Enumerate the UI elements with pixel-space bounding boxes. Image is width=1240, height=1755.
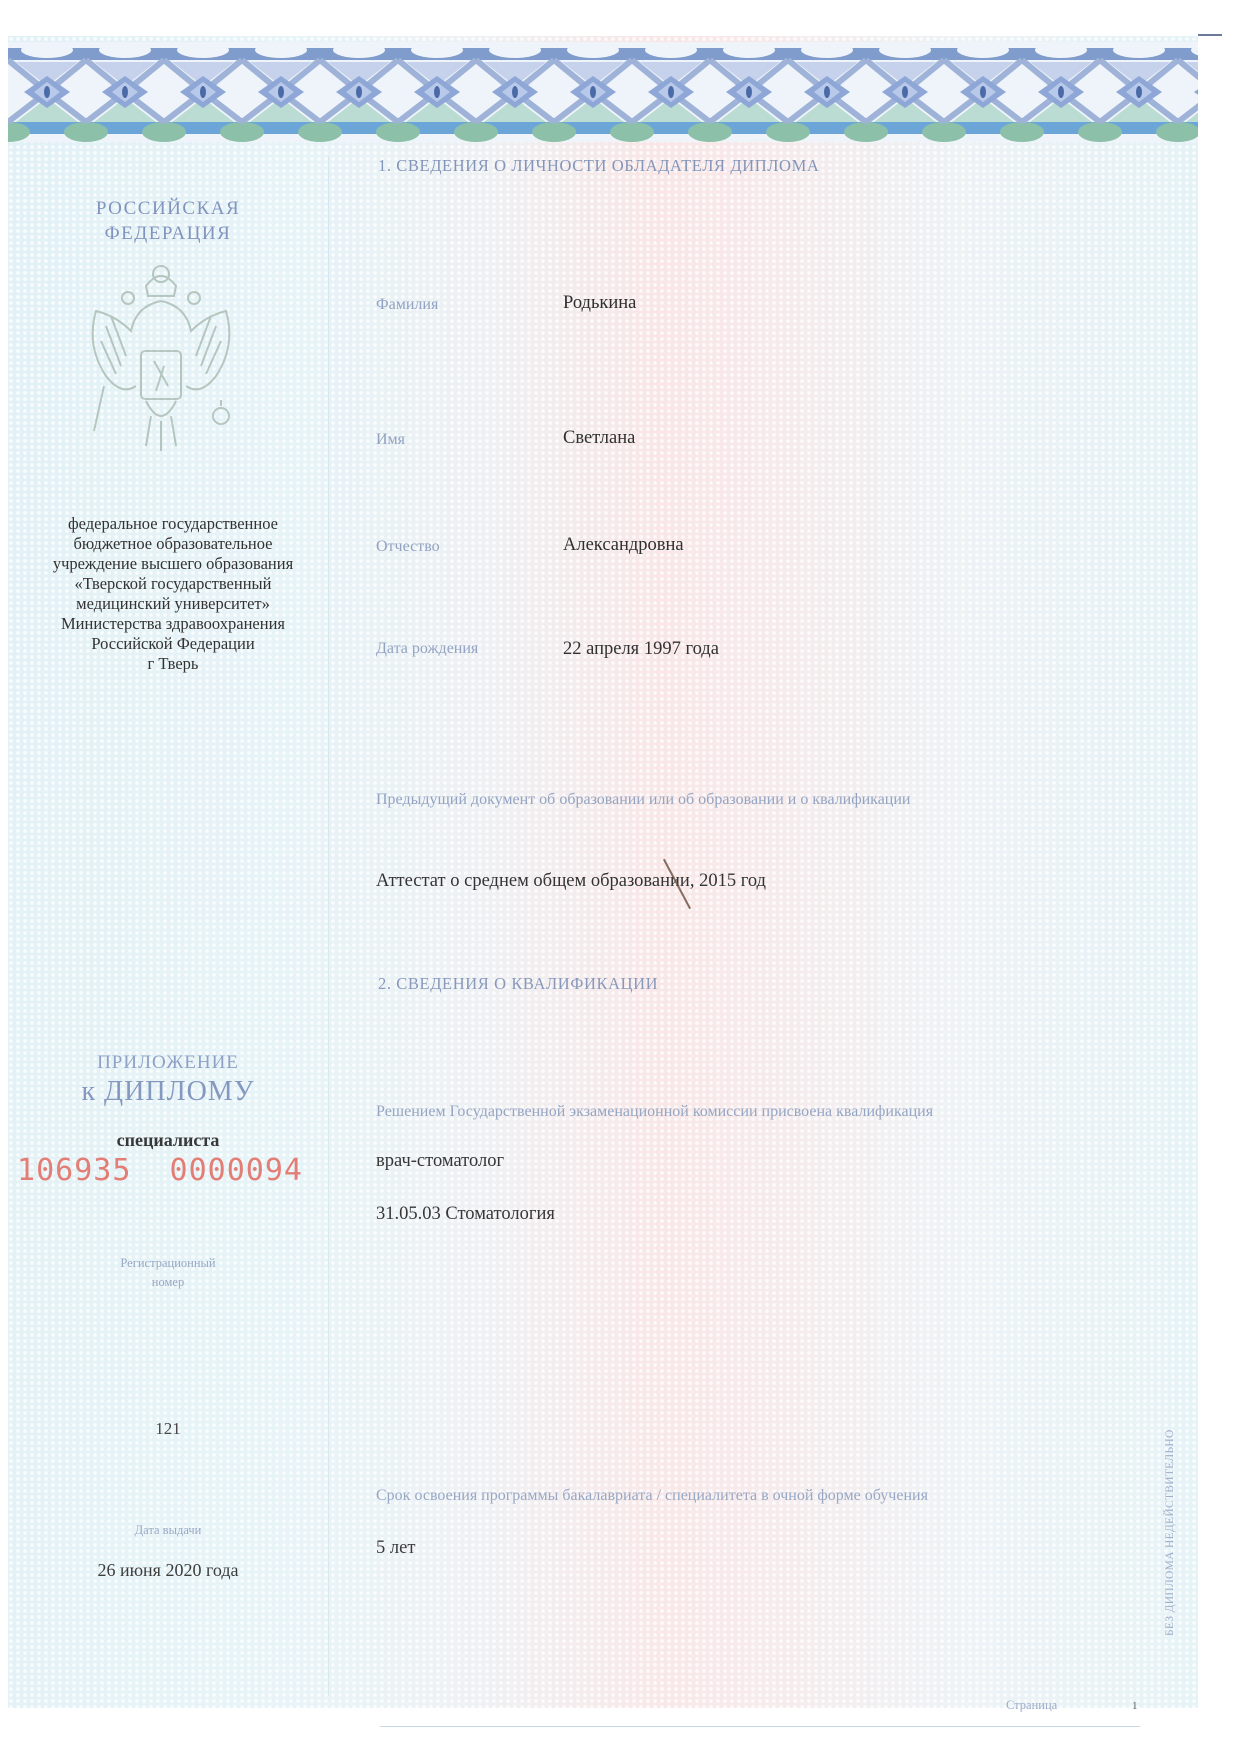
- patronymic-value: Александровна: [563, 535, 684, 556]
- country-line-1: РОССИЙСКАЯ: [8, 196, 328, 221]
- left-column: РОССИЙСКАЯ ФЕДЕРАЦИЯ федер: [8, 36, 328, 1708]
- surname-value: Родькина: [563, 293, 636, 314]
- first-name-label: Имя: [376, 431, 405, 449]
- org-line: г Тверь: [18, 654, 328, 674]
- previous-document-label: Предыдущий документ об образовании или о…: [376, 791, 911, 809]
- org-line: учреждение высшего образования: [18, 554, 328, 574]
- degree-level: специалиста: [8, 1130, 328, 1151]
- russian-coat-of-arms-icon: [76, 256, 246, 466]
- section-1-title: 1. СВЕДЕНИЯ О ЛИЧНОСТИ ОБЛАДАТЕЛЯ ДИПЛОМ…: [378, 156, 819, 176]
- org-line: медицинский университет»: [18, 594, 328, 614]
- diploma-supplement-sheet: РОССИЙСКАЯ ФЕДЕРАЦИЯ федер: [8, 36, 1198, 1708]
- bottom-rule: [380, 1726, 1140, 1727]
- appendix-title-line-2: к ДИПЛОМУ: [8, 1076, 328, 1108]
- qualification-value: врач-стоматолог: [376, 1151, 504, 1172]
- section-2-title: 2. СВЕДЕНИЯ О КВАЛИФИКАЦИИ: [378, 974, 658, 994]
- birth-date-label: Дата рождения: [376, 640, 478, 658]
- page-number: 1: [1132, 1700, 1138, 1712]
- surname-label: Фамилия: [376, 296, 438, 314]
- appendix-title-line-1: ПРИЛОЖЕНИЕ: [8, 1052, 328, 1074]
- previous-document-value: Аттестат о среднем общем образовании, 20…: [376, 871, 766, 892]
- org-line: бюджетное образовательное: [18, 534, 328, 554]
- registration-number: 121: [8, 1419, 328, 1439]
- column-divider: [328, 156, 329, 1696]
- issue-date-label: Дата выдачи: [8, 1523, 328, 1538]
- page-label: Страница: [1006, 1698, 1057, 1713]
- scan-edge-mark: [1198, 34, 1222, 36]
- org-line: федеральное государственное: [18, 514, 328, 534]
- country-title: РОССИЙСКАЯ ФЕДЕРАЦИЯ: [8, 196, 328, 246]
- organization-name: федеральное государственное бюджетное об…: [18, 514, 328, 674]
- org-line: «Тверской государственный: [18, 574, 328, 594]
- registration-label-line-2: номер: [8, 1273, 328, 1292]
- specialty-value: 31.05.03 Стоматология: [376, 1204, 555, 1225]
- invalid-without-diploma-note: БЕЗ ДИПЛОМА НЕДЕЙСТВИТЕЛЬНО: [1164, 1429, 1176, 1636]
- study-duration-value: 5 лет: [376, 1538, 415, 1559]
- country-line-2: ФЕДЕРАЦИЯ: [8, 221, 328, 246]
- serial-number: 106935 0000094: [0, 1153, 320, 1188]
- first-name-value: Светлана: [563, 428, 635, 449]
- issue-date: 26 июня 2020 года: [8, 1560, 328, 1581]
- registration-label-line-1: Регистрационный: [8, 1254, 328, 1273]
- org-line: Министерства здравоохранения: [18, 614, 328, 634]
- patronymic-label: Отчество: [376, 538, 440, 556]
- qualification-label: Решением Государственной экзаменационной…: [376, 1103, 933, 1121]
- org-line: Российской Федерации: [18, 634, 328, 654]
- registration-number-label: Регистрационный номер: [8, 1254, 328, 1292]
- study-duration-label: Срок освоения программы бакалавриата / с…: [376, 1487, 928, 1505]
- birth-date-value: 22 апреля 1997 года: [563, 639, 719, 660]
